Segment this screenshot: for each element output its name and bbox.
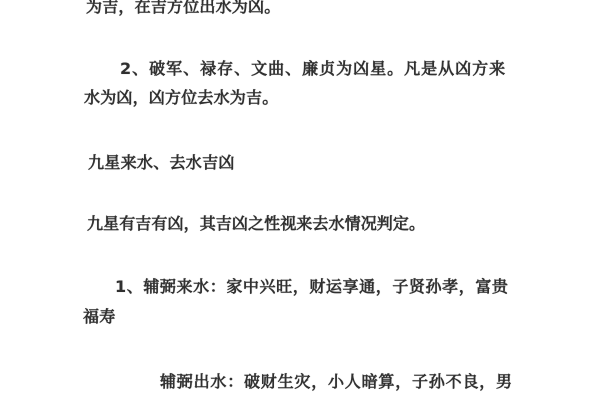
text-line-item1-second: 福寿 (83, 307, 115, 327)
text-line-section-intro: 九星有吉有凶，其吉凶之性视来去水情况判定。 (87, 214, 425, 234)
text-line-paragraph1-continuation: 为吉，在吉方位出水为凶。 (86, 0, 280, 17)
document-page: 为吉，在吉方位出水为凶。 2、破军、禄存、文曲、廉贞为凶星。凡是从凶方来 水为凶… (0, 0, 600, 400)
text-line-item1-first: 1、辅弼来水：家中兴旺，财运享通，子贤孙孝，富贵 (115, 277, 509, 297)
text-line-section-heading: 九星来水、去水吉凶 (88, 153, 235, 173)
text-line-item2-second: 水为凶，凶方位去水为吉。 (84, 88, 278, 108)
text-line-item1-outflow: 辅弼出水：破财生灾，小人暗算，子孙不良，男 (160, 372, 513, 392)
text-line-item2-first: 2、破军、禄存、文曲、廉贞为凶星。凡是从凶方来 (120, 59, 506, 79)
